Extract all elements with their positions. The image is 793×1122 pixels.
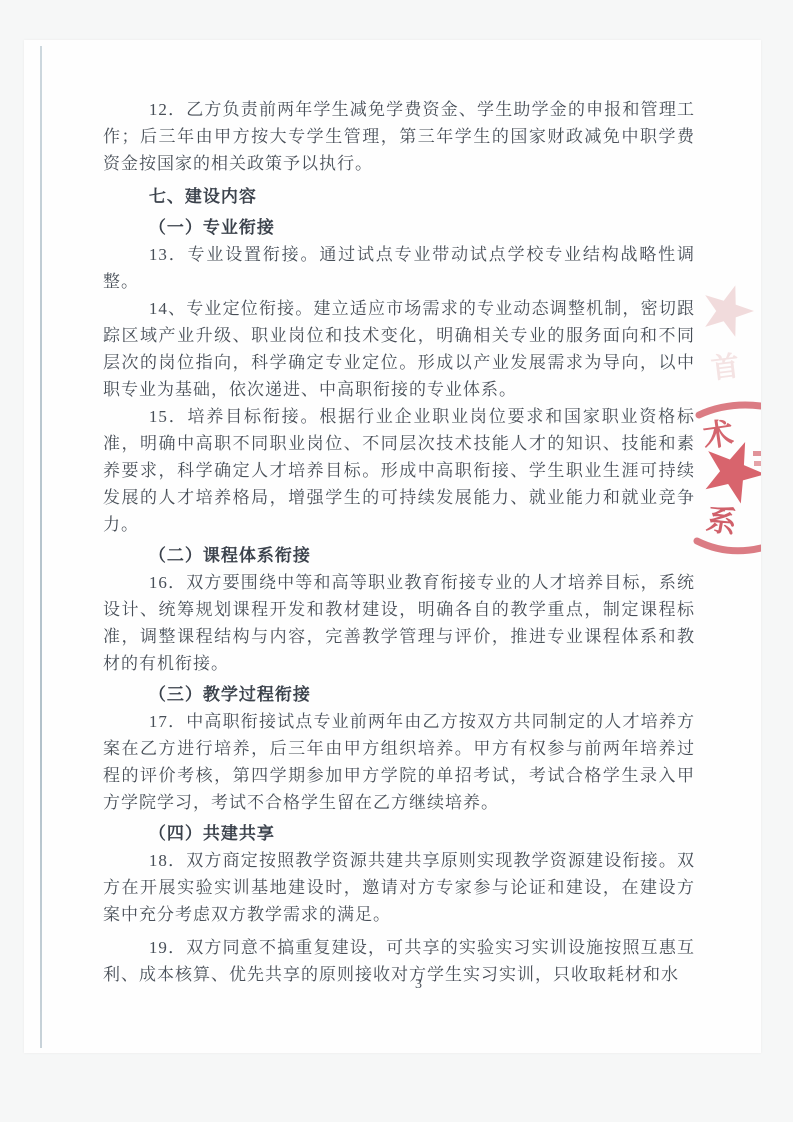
section-heading: （二）课程体系衔接 (103, 542, 695, 569)
seal-star-faint-icon (696, 277, 760, 339)
page-number: 3 (50, 977, 761, 993)
seal-char-top: 术 (700, 417, 735, 454)
paragraph: 15．培养目标衔接。根据行业企业职业岗位要求和国家职业资格标准，明确中高职不同职… (103, 403, 695, 538)
seal-edge-mark (754, 461, 761, 466)
seal-graphic: 首 术 系 (683, 265, 761, 565)
page-fold-shadow (40, 46, 42, 1048)
seal-rim-top (699, 405, 761, 415)
seal-char-bottom: 系 (704, 503, 739, 541)
red-official-seal: 首 术 系 (683, 265, 761, 565)
paragraph: 16．双方要围绕中等和高等职业教育衔接专业的人才培养目标，系统设计、统筹规划课程… (103, 569, 695, 677)
seal-rim-bottom (697, 541, 761, 551)
seal-edge-mark (753, 451, 761, 456)
paragraph: 13．专业设置衔接。通过试点专业带动试点学校专业结构战略性调整。 (103, 241, 695, 295)
document-body: 12．乙方负责前两年学生减免学费资金、学生助学金的申报和管理工作；后三年由甲方按… (103, 96, 695, 988)
paragraph: 12．乙方负责前两年学生减免学费资金、学生助学金的申报和管理工作；后三年由甲方按… (103, 96, 695, 177)
seal-char-upper: 首 (710, 350, 742, 385)
paragraph: 17．中高职衔接试点专业前两年由乙方按双方共同制定的人才培养方案在乙方进行培养，… (103, 708, 695, 816)
section-heading: （四）共建共享 (103, 820, 695, 847)
section-heading: 七、建设内容 (103, 183, 695, 210)
paragraph: 18．双方商定按照教学资源共建共享原则实现教学资源建设衔接。双方在开展实验实训基… (103, 847, 695, 928)
seal-lower-fragment: 术 系 (695, 405, 761, 551)
section-heading: （一）专业衔接 (103, 214, 695, 241)
scanned-page: 12．乙方负责前两年学生减免学费资金、学生助学金的申报和管理工作；后三年由甲方按… (24, 40, 761, 1053)
paragraph: 14、专业定位衔接。建立适应市场需求的专业动态调整机制，密切跟踪区域产业升级、职… (103, 295, 695, 403)
seal-upper-fragment: 首 (696, 277, 760, 385)
section-heading: （三）教学过程衔接 (103, 681, 695, 708)
